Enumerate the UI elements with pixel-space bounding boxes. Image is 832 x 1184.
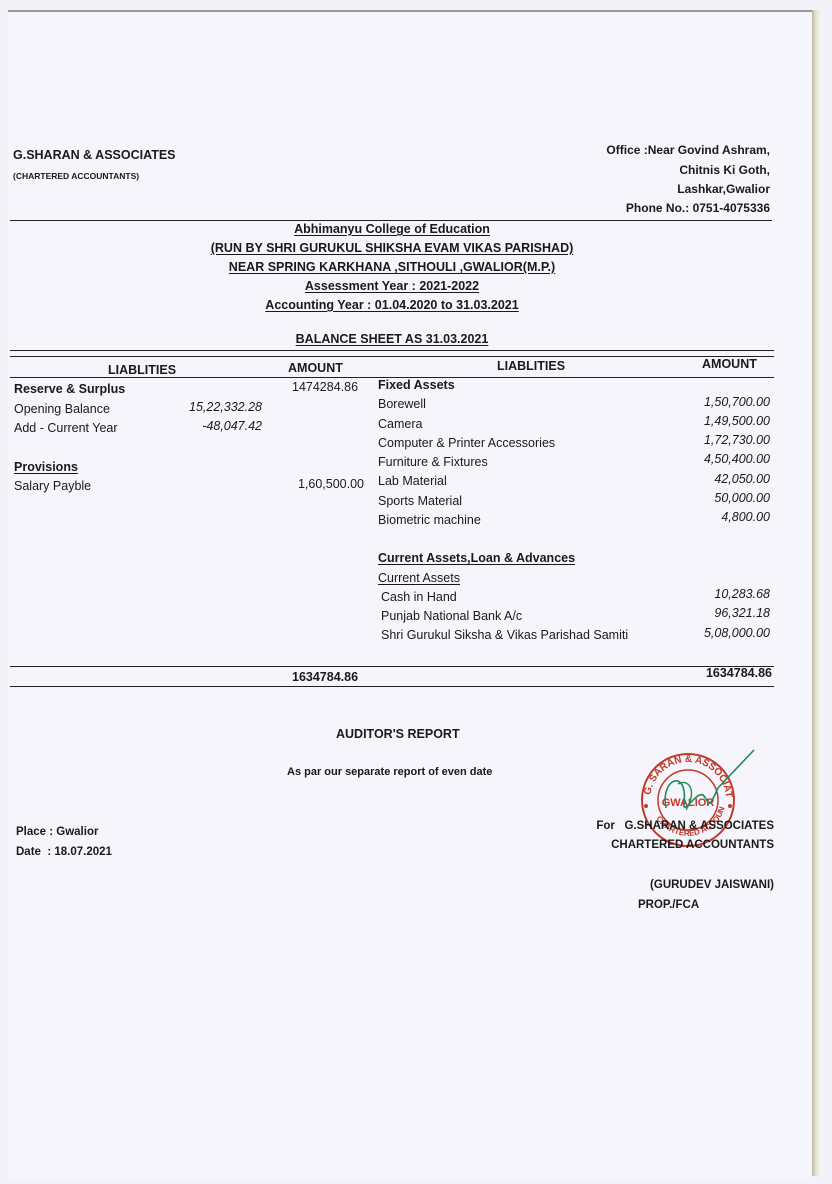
header-right-liabilities: LIABLITIES [497, 359, 565, 373]
firm-subtitle: (CHARTERED ACCOUNTANTS) [13, 171, 139, 181]
current-asset-value: 10,283.68 [714, 587, 770, 601]
fixed-asset-label: Borewell [378, 397, 426, 411]
totals-bottom-line [10, 686, 774, 687]
for-firm-line: For G.SHARAN & ASSOCIATES [596, 820, 774, 832]
chartered-accountants-line: CHARTERED ACCOUNTANTS [611, 839, 774, 851]
current-year-label: Add - Current Year [14, 421, 118, 435]
current-year-value: -48,047.42 [202, 419, 262, 433]
office-address-line-1: Office :Near Govind Ashram, [606, 143, 770, 157]
fixed-asset-value: 4,50,400.00 [704, 452, 770, 466]
balance-sheet-title: BALANCE SHEET AS 31.03.2021 [0, 332, 784, 346]
fixed-asset-value: 1,50,700.00 [704, 395, 770, 409]
provisions-title: Provisions [14, 460, 78, 474]
fixed-asset-value: 4,800.00 [721, 510, 770, 524]
total-assets: 1634784.86 [706, 666, 772, 680]
signatory-designation: PROP./FCA [638, 899, 699, 911]
total-liabilities: 1634784.86 [292, 670, 358, 684]
current-asset-value: 96,321.18 [714, 606, 770, 620]
auditor-report-title: AUDITOR'S REPORT [336, 727, 460, 741]
letterhead-divider [10, 220, 772, 221]
fixed-asset-label: Sports Material [378, 494, 462, 508]
run-by: (RUN BY SHRI GURUKUL SHIKSHA EVAM VIKAS … [0, 241, 784, 255]
table-top-line [10, 350, 774, 351]
salary-payable-value: 1,60,500.00 [298, 477, 364, 491]
current-asset-label: Shri Gurukul Siksha & Vikas Parishad Sam… [381, 628, 628, 642]
institution-name: Abhimanyu College of Education [0, 222, 784, 236]
fixed-asset-value: 42,050.00 [714, 472, 770, 486]
header-left-amount: AMOUNT [288, 361, 343, 375]
fixed-asset-label: Lab Material [378, 474, 447, 488]
svg-text:G. SARAN & ASSOCIATES: G. SARAN & ASSOCIATES [638, 748, 734, 798]
place: Place : Gwalior [16, 826, 98, 838]
current-asset-label: Punjab National Bank A/c [381, 609, 522, 623]
fixed-asset-label: Computer & Printer Accessories [378, 436, 555, 450]
reserve-surplus-total: 1474284.86 [292, 380, 358, 394]
assessment-year: Assessment Year : 2021-2022 [0, 279, 784, 293]
opening-balance-label: Opening Balance [14, 402, 110, 416]
opening-balance-value: 15,22,332.28 [189, 400, 262, 414]
fixed-assets-title: Fixed Assets [378, 378, 455, 392]
table-top-line-2 [10, 356, 774, 357]
reserve-surplus-title: Reserve & Surplus [14, 382, 125, 396]
accounting-year: Accounting Year : 01.04.2020 to 31.03.20… [0, 298, 784, 312]
office-phone: Phone No.: 0751-4075336 [626, 201, 770, 215]
current-assets-loans-title: Current Assets,Loan & Advances [378, 551, 575, 565]
firm-stamp-icon: G. SARAN & ASSOCIATES CHARTERED ACCOUNTA… [638, 748, 758, 852]
fixed-asset-value: 1,49,500.00 [704, 414, 770, 428]
office-address-line-2: Chitnis Ki Goth, [679, 163, 770, 177]
institution-address: NEAR SPRING KARKHANA ,SITHOULI ,GWALIOR(… [0, 260, 784, 274]
fixed-asset-label: Furniture & Fixtures [378, 455, 488, 469]
totals-top-line [10, 666, 774, 667]
page-edge [812, 10, 820, 1176]
header-left-liabilities: LIABLITIES [108, 363, 176, 377]
fixed-asset-label: Biometric machine [378, 513, 481, 527]
signatory-name: (GURUDEV JAISWANI) [650, 879, 774, 891]
auditor-report-note: As par our separate report of even date [287, 766, 492, 778]
current-asset-label: Cash in Hand [381, 590, 457, 604]
salary-payable-label: Salary Payble [14, 479, 91, 493]
office-address-line-3: Lashkar,Gwalior [677, 182, 770, 196]
date: Date : 18.07.2021 [16, 846, 112, 858]
fixed-asset-value: 1,72,730.00 [704, 433, 770, 447]
fixed-asset-label: Camera [378, 417, 422, 431]
firm-name: G.SHARAN & ASSOCIATES [13, 148, 176, 162]
fixed-asset-value: 50,000.00 [714, 491, 770, 505]
current-assets-subtitle: Current Assets [378, 571, 460, 585]
header-right-amount: AMOUNT [702, 357, 757, 371]
current-asset-value: 5,08,000.00 [704, 626, 770, 640]
